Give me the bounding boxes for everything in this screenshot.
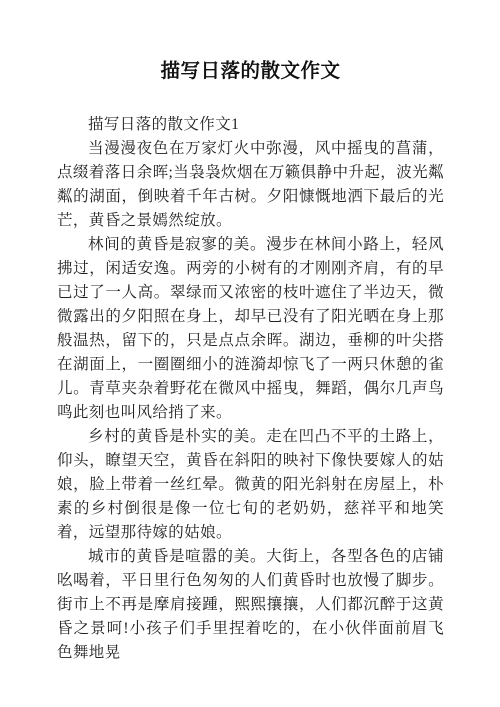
paragraph-intro: 当漫漫夜色在万家灯火中弥漫，风中摇曳的菖蒲，点缀着落日余晖;当袅袅炊烟在万籁俱静… xyxy=(57,137,444,233)
document-title: 描写日落的散文作文 xyxy=(57,55,444,83)
paragraph-forest-dusk: 林间的黄昏是寂寥的美。漫步在林间小路上，轻风拂过，闲适安逸。两旁的小树有的才刚刚… xyxy=(57,233,444,425)
document-page: 描写日落的散文作文 描写日落的散文作文1 当漫漫夜色在万家灯火中弥漫，风中摇曳的… xyxy=(0,0,500,707)
paragraph-village-dusk: 乡村的黄昏是朴实的美。走在凹凸不平的土路上，仰头，瞭望天空，黄昏在斜阳的映衬下像… xyxy=(57,425,444,545)
section-heading: 描写日落的散文作文1 xyxy=(57,113,444,137)
document-body: 描写日落的散文作文1 当漫漫夜色在万家灯火中弥漫，风中摇曳的菖蒲，点缀着落日余晖… xyxy=(57,113,444,665)
paragraph-city-dusk: 城市的黄昏是喧嚣的美。大街上，各型各色的店铺吆喝着，平日里行色匆匆的人们黄昏时也… xyxy=(57,545,444,665)
